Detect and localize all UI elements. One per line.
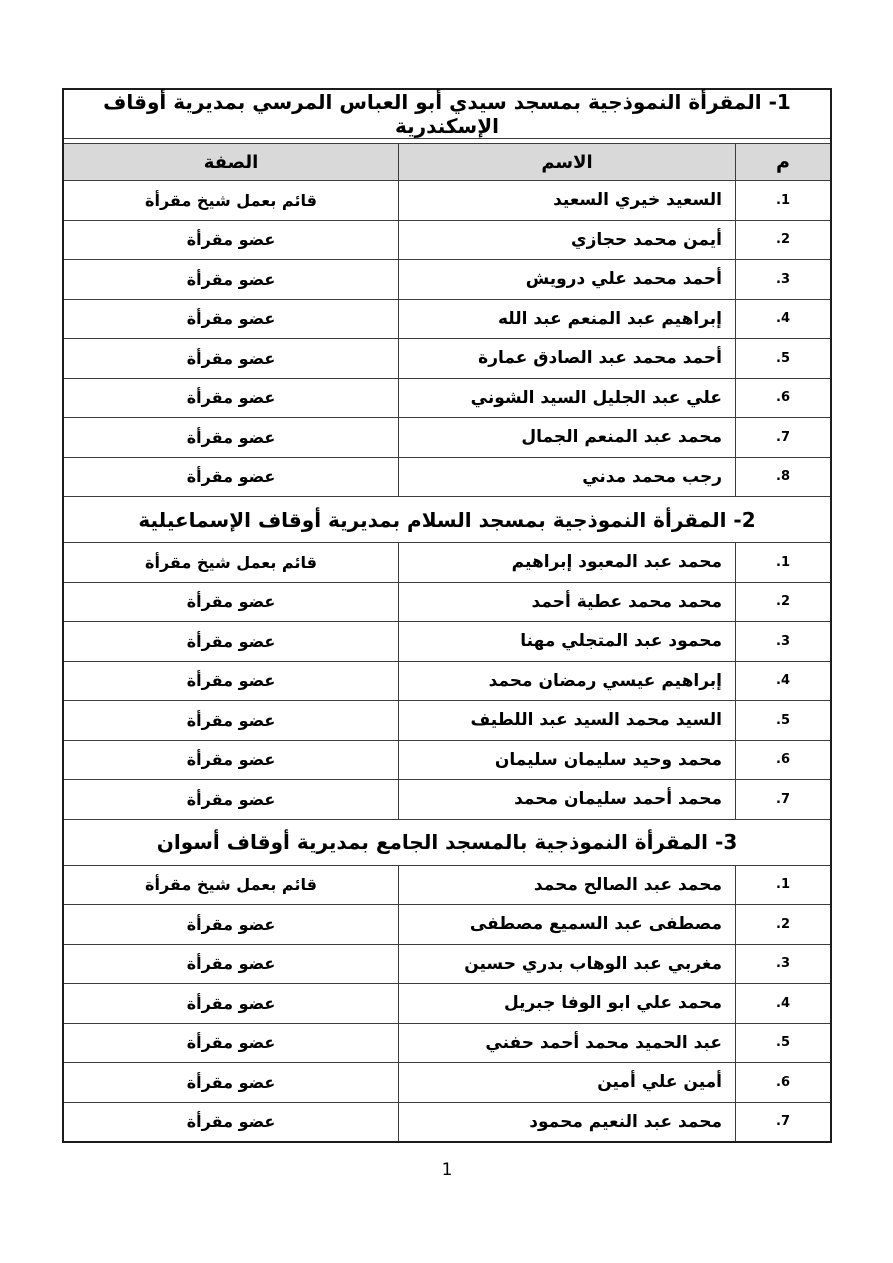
row-name-cell: محمود عبد المتجلي مهنا (398, 622, 735, 661)
table-row: .1السعيد خيري السعيدقائم بعمل شيخ مقرأة (64, 180, 830, 220)
row-number-cell: .3 (735, 260, 830, 299)
row-number-cell: .7 (735, 418, 830, 457)
row-role-cell: عضو مقرأة (64, 984, 398, 1023)
document-page: 1- المقرأة النموذجية بمسجد سيدي أبو العب… (0, 0, 893, 1263)
members-table: 1- المقرأة النموذجية بمسجد سيدي أبو العب… (62, 88, 832, 1143)
row-number-cell: .8 (735, 458, 830, 497)
row-number-cell: .6 (735, 741, 830, 780)
row-name-cell: عبد الحميد محمد أحمد حفني (398, 1024, 735, 1063)
row-name-cell: مصطفى عبد السميع مصطفى (398, 905, 735, 944)
table-row: .4إبراهيم عيسي رمضان محمدعضو مقرأة (64, 661, 830, 701)
column-header-role: الصفة (64, 144, 398, 180)
table-row: .3محمود عبد المتجلي مهناعضو مقرأة (64, 621, 830, 661)
row-name-cell: أمين علي أمين (398, 1063, 735, 1102)
row-role-cell: عضو مقرأة (64, 1103, 398, 1142)
row-name-cell: محمد علي ابو الوفا جبريل (398, 984, 735, 1023)
row-number-cell: .5 (735, 701, 830, 740)
table-row: .5أحمد محمد عبد الصادق عمارةعضو مقرأة (64, 338, 830, 378)
row-role-cell: عضو مقرأة (64, 300, 398, 339)
row-number-cell: .2 (735, 905, 830, 944)
page-number: 1 (62, 1160, 832, 1180)
row-number-cell: .2 (735, 583, 830, 622)
row-number-cell: .2 (735, 221, 830, 260)
row-name-cell: محمد عبد النعيم محمود (398, 1103, 735, 1142)
table-row: .1محمد عبد الصالح محمدقائم بعمل شيخ مقرأ… (64, 865, 830, 905)
row-number-cell: .3 (735, 945, 830, 984)
table-row: .3أحمد محمد علي درويشعضو مقرأة (64, 259, 830, 299)
row-role-cell: عضو مقرأة (64, 701, 398, 740)
row-name-cell: محمد محمد عطية أحمد (398, 583, 735, 622)
row-role-cell: عضو مقرأة (64, 905, 398, 944)
row-name-cell: علي عبد الجليل السيد الشوني (398, 379, 735, 418)
row-name-cell: مغربي عبد الوهاب بدري حسين (398, 945, 735, 984)
row-role-cell: عضو مقرأة (64, 418, 398, 457)
table-row: .4إبراهيم عبد المنعم عبد اللهعضو مقرأة (64, 299, 830, 339)
row-name-cell: محمد وحيد سليمان سليمان (398, 741, 735, 780)
row-number-cell: .5 (735, 339, 830, 378)
row-name-cell: أحمد محمد علي درويش (398, 260, 735, 299)
table-row: .2أيمن محمد حجازيعضو مقرأة (64, 220, 830, 260)
row-role-cell: عضو مقرأة (64, 339, 398, 378)
table-row: .2محمد محمد عطية أحمدعضو مقرأة (64, 582, 830, 622)
table-row: .5السيد محمد السيد عبد اللطيفعضو مقرأة (64, 700, 830, 740)
table-row: .6أمين علي أمينعضو مقرأة (64, 1062, 830, 1102)
table-row: .8رجب محمد مدنيعضو مقرأة (64, 457, 830, 497)
column-header-num: م (735, 144, 830, 180)
row-name-cell: أحمد محمد عبد الصادق عمارة (398, 339, 735, 378)
row-role-cell: عضو مقرأة (64, 662, 398, 701)
row-name-cell: محمد أحمد سليمان محمد (398, 780, 735, 819)
row-role-cell: عضو مقرأة (64, 945, 398, 984)
row-role-cell: قائم بعمل شيخ مقرأة (64, 866, 398, 905)
row-role-cell: عضو مقرأة (64, 1024, 398, 1063)
row-role-cell: عضو مقرأة (64, 379, 398, 418)
row-name-cell: إبراهيم عبد المنعم عبد الله (398, 300, 735, 339)
row-role-cell: عضو مقرأة (64, 260, 398, 299)
row-role-cell: عضو مقرأة (64, 221, 398, 260)
row-name-cell: محمد عبد الصالح محمد (398, 866, 735, 905)
row-name-cell: محمد عبد المنعم الجمال (398, 418, 735, 457)
row-role-cell: قائم بعمل شيخ مقرأة (64, 543, 398, 582)
row-number-cell: .1 (735, 543, 830, 582)
row-role-cell: عضو مقرأة (64, 622, 398, 661)
row-role-cell: عضو مقرأة (64, 780, 398, 819)
row-number-cell: .1 (735, 866, 830, 905)
row-number-cell: .5 (735, 1024, 830, 1063)
row-number-cell: .4 (735, 662, 830, 701)
row-name-cell: السعيد خيري السعيد (398, 181, 735, 220)
table-row: .7محمد عبد المنعم الجمالعضو مقرأة (64, 417, 830, 457)
section-title: 3- المقرأة النموذجية بالمسجد الجامع بمدي… (64, 819, 830, 865)
table-row: .5عبد الحميد محمد أحمد حفنيعضو مقرأة (64, 1023, 830, 1063)
row-number-cell: .1 (735, 181, 830, 220)
table-row: .4محمد علي ابو الوفا جبريلعضو مقرأة (64, 983, 830, 1023)
section-title: 2- المقرأة النموذجية بمسجد السلام بمديري… (64, 496, 830, 542)
section-title: 1- المقرأة النموذجية بمسجد سيدي أبو العب… (64, 90, 830, 138)
row-role-cell: قائم بعمل شيخ مقرأة (64, 181, 398, 220)
table-row: .1محمد عبد المعبود إبراهيمقائم بعمل شيخ … (64, 542, 830, 582)
row-number-cell: .6 (735, 379, 830, 418)
table-row: .3مغربي عبد الوهاب بدري حسينعضو مقرأة (64, 944, 830, 984)
column-header-row: مالاسمالصفة (64, 143, 830, 180)
row-name-cell: رجب محمد مدني (398, 458, 735, 497)
row-role-cell: عضو مقرأة (64, 458, 398, 497)
row-number-cell: .4 (735, 300, 830, 339)
row-name-cell: أيمن محمد حجازي (398, 221, 735, 260)
table-row: .7محمد عبد النعيم محمودعضو مقرأة (64, 1102, 830, 1142)
table-row: .6محمد وحيد سليمان سليمانعضو مقرأة (64, 740, 830, 780)
row-number-cell: .7 (735, 780, 830, 819)
table-row: .2مصطفى عبد السميع مصطفىعضو مقرأة (64, 904, 830, 944)
row-role-cell: عضو مقرأة (64, 741, 398, 780)
row-name-cell: محمد عبد المعبود إبراهيم (398, 543, 735, 582)
table-row: .7محمد أحمد سليمان محمدعضو مقرأة (64, 779, 830, 819)
row-number-cell: .6 (735, 1063, 830, 1102)
row-name-cell: السيد محمد السيد عبد اللطيف (398, 701, 735, 740)
row-number-cell: .3 (735, 622, 830, 661)
column-header-name: الاسم (398, 144, 735, 180)
table-row: .6علي عبد الجليل السيد الشونيعضو مقرأة (64, 378, 830, 418)
row-number-cell: .4 (735, 984, 830, 1023)
row-role-cell: عضو مقرأة (64, 1063, 398, 1102)
row-number-cell: .7 (735, 1103, 830, 1142)
row-name-cell: إبراهيم عيسي رمضان محمد (398, 662, 735, 701)
row-role-cell: عضو مقرأة (64, 583, 398, 622)
